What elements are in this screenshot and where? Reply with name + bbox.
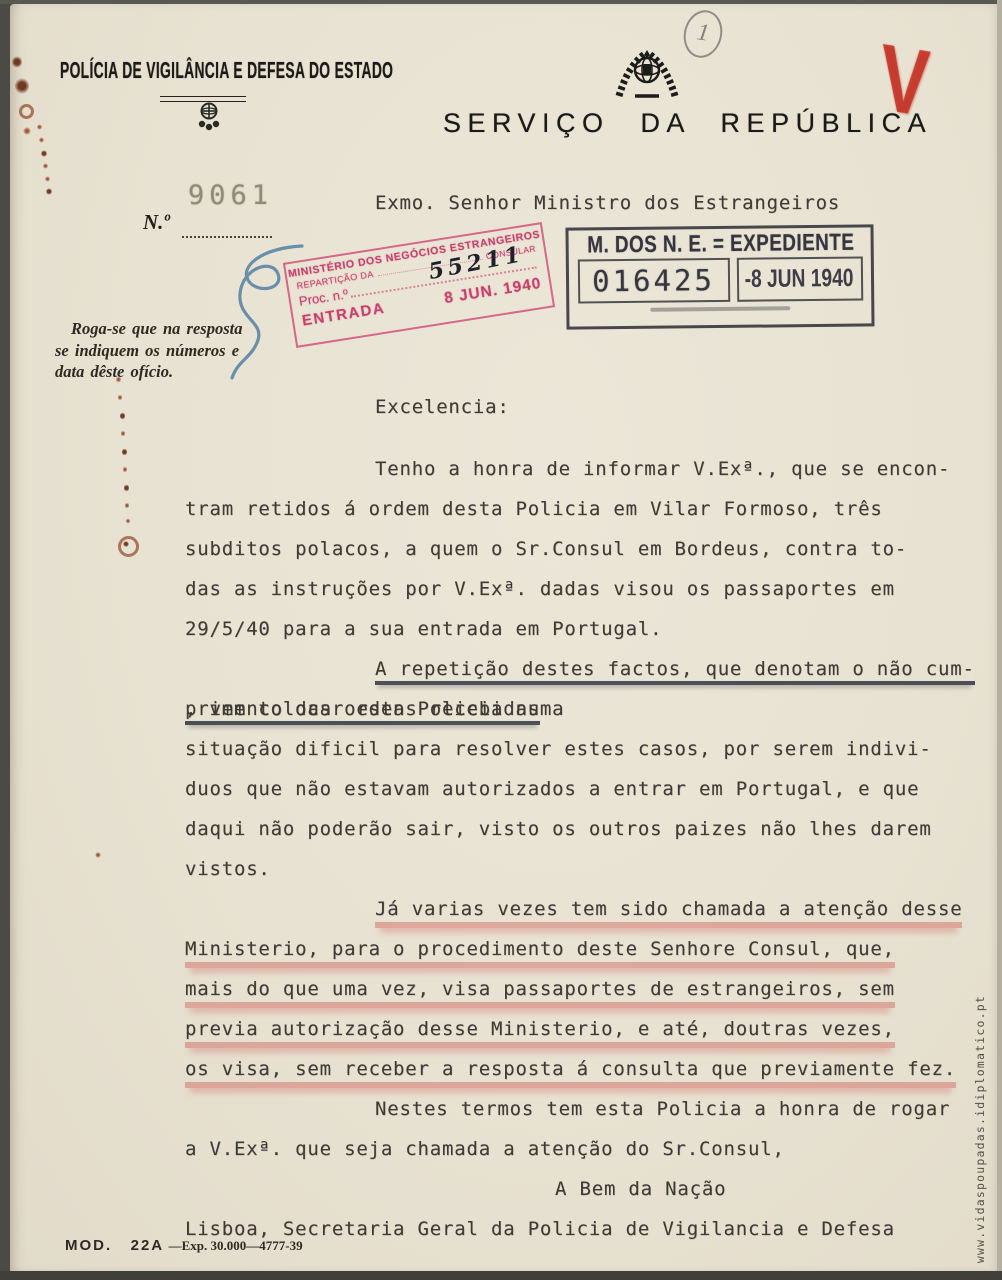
- rust-stain: [45, 176, 50, 182]
- expediente-stamp: M. DOS N. E. = EXPEDIENTE 016425 -8 JUN …: [565, 224, 874, 329]
- reference-number-stamp: 9061: [188, 180, 273, 211]
- body-line-underlined-text: Já varias vezes tem sido chamada a atenç…: [375, 898, 962, 928]
- small-emblem-icon: [193, 100, 225, 134]
- watermark: www.vidaspoupadas.idiplomatico.pt: [973, 995, 987, 1263]
- body-line: primento das ordens recebidas, vem coloc…: [185, 698, 1000, 738]
- body-line: previa autorização desse Ministerio, e a…: [185, 1018, 1000, 1058]
- rust-stain: [124, 484, 129, 492]
- body-line-text: , vem colocar esta Policia numa: [185, 698, 564, 720]
- red-check-mark: V: [877, 24, 933, 139]
- expediente-title: M. DOS N. E. = EXPEDIENTE: [587, 230, 852, 260]
- body-line: subditos polacos, a quem o Sr.Consul em …: [185, 538, 1000, 578]
- footer-print-info: —Exp. 30.000—4777-39: [169, 1238, 303, 1253]
- body-line-text: Nestes termos tem esta Policia a honra d…: [375, 1098, 950, 1120]
- body-line: das as instruções por V.Exª. dadas visou…: [185, 578, 1000, 618]
- body-line-underlined-text: Ministerio, para o procedimento deste Se…: [185, 938, 895, 968]
- body-line-text: das as instruções por V.Exª. dadas visou…: [185, 578, 895, 600]
- expediente-date: -8 JUN 1940: [736, 257, 862, 302]
- scan-edge-bottom: [0, 1271, 1002, 1280]
- body-line: duos que não estavam autorizados a entra…: [185, 778, 1000, 818]
- rust-stain: [12, 56, 22, 68]
- number-label: N.º: [143, 210, 170, 235]
- rust-stain: [41, 150, 47, 157]
- body-line: Lisboa, Secretaria Geral da Policia de V…: [185, 1218, 1000, 1258]
- rust-stain: [37, 124, 42, 130]
- body-line: Ministerio, para o procedimento deste Se…: [185, 938, 1000, 978]
- paper: POLÍCIA DE VIGILÂNCIA E DEFESA DO ESTADO…: [10, 4, 997, 1271]
- body-line: a V.Exª. que seja chamada a atenção do S…: [185, 1138, 1000, 1178]
- form-footer: MOD. 22A —Exp. 30.000—4777-39: [65, 1237, 303, 1255]
- rust-stain: [121, 430, 125, 437]
- expediente-number: 016425: [577, 258, 729, 304]
- coat-of-arms-icon: [607, 48, 687, 100]
- body-line-underlined-text: os visa, sem receber a resposta á consul…: [185, 1058, 956, 1088]
- footer-mod-label: MOD.: [65, 1237, 112, 1254]
- body-line-text: A Bem da Nação: [555, 1178, 726, 1200]
- rust-stain: [46, 188, 52, 195]
- body-line: tram retidos á ordem desta Policia em Vi…: [185, 498, 1000, 538]
- body-line: situação dificil para resolver estes cas…: [185, 738, 1000, 778]
- body-line: daqui não poderão sair, visto os outros …: [185, 818, 1000, 858]
- number-dotted-line: [182, 234, 272, 238]
- rust-stain: [123, 466, 127, 473]
- rust-stain: [39, 137, 44, 143]
- rust-stain: [126, 518, 130, 524]
- body-line-text: a V.Exª. que seja chamada a atenção do S…: [185, 1138, 785, 1160]
- body-line: A Bem da Nação: [185, 1178, 1000, 1218]
- agency-title: POLÍCIA DE VIGILÂNCIA E DEFESA DO ESTADO: [60, 58, 393, 84]
- body-line: os visa, sem receber a resposta á consul…: [185, 1058, 1000, 1098]
- rust-stain: [19, 104, 34, 119]
- body-line-underlined-text: A repetição destes factos, que denotam o…: [375, 658, 975, 685]
- body-line-underlined-text: previa autorização desse Ministerio, e a…: [185, 1018, 895, 1048]
- body-line: Nestes termos tem esta Policia a honra d…: [185, 1098, 1000, 1138]
- rust-stain: [43, 163, 48, 169]
- body-line-text: Excelencia:: [375, 396, 510, 418]
- rust-stain: [122, 448, 127, 456]
- entry-stamp-spacer: [386, 303, 445, 312]
- rust-stain: [15, 78, 29, 94]
- rust-stain: [118, 394, 122, 401]
- body-line: A repetição destes factos, que denotam o…: [185, 658, 1000, 698]
- footer-model: 22A: [131, 1237, 165, 1254]
- rust-stain: [120, 412, 125, 420]
- page-number-value: 1: [695, 19, 711, 47]
- body-line: Excelencia:: [185, 396, 1000, 436]
- body-line: mais do que uma vez, visa passaportes de…: [185, 978, 1000, 1018]
- letter-body: Excelencia:Tenho a honra de informar V.E…: [185, 330, 1000, 1258]
- rust-stain: [23, 127, 31, 135]
- rust-stain: [116, 376, 121, 383]
- body-line: vistos.: [185, 858, 1000, 898]
- body-line: 29/5/40 para a sua entrada em Portugal.: [185, 618, 1000, 658]
- body-line-text: duos que não estavam autorizados a entra…: [185, 778, 919, 800]
- expediente-boxes: 016425 -8 JUN 1940: [573, 256, 867, 303]
- body-line: Já varias vezes tem sido chamada a atenç…: [185, 898, 1000, 938]
- body-line-underlined-text: mais do que uma vez, visa passaportes de…: [185, 978, 895, 1008]
- addressee-line: Exmo. Senhor Ministro dos Estrangeiros: [375, 192, 840, 214]
- body-line: Tenho a honra de informar V.Exª., que se…: [185, 458, 1000, 498]
- rust-stain: [125, 502, 129, 509]
- expediente-smudge: [650, 306, 790, 311]
- body-line-text: daqui não poderão sair, visto os outros …: [185, 818, 932, 840]
- body-line-text: situação dificil para resolver estes cas…: [185, 738, 932, 760]
- scanned-letter: { "colors": { "paper": "#e8e2d2", "ink":…: [0, 0, 1002, 1280]
- rust-stain: [118, 536, 139, 557]
- expediente-date-value: -8 JUN 1940: [745, 264, 854, 295]
- body-line-text: Tenho a honra de informar V.Exª., que se…: [375, 458, 950, 480]
- body-line-text: tram retidos á ordem desta Policia em Vi…: [185, 498, 883, 520]
- body-line-text: 29/5/40 para a sua entrada em Portugal.: [185, 618, 662, 640]
- body-line-text: vistos.: [185, 858, 271, 880]
- rust-stain: [123, 541, 129, 547]
- body-line-text: subditos polacos, a quem o Sr.Consul em …: [185, 538, 907, 560]
- rust-stain: [95, 852, 101, 858]
- service-title: SERVIÇO DA REPÚBLICA: [443, 108, 932, 139]
